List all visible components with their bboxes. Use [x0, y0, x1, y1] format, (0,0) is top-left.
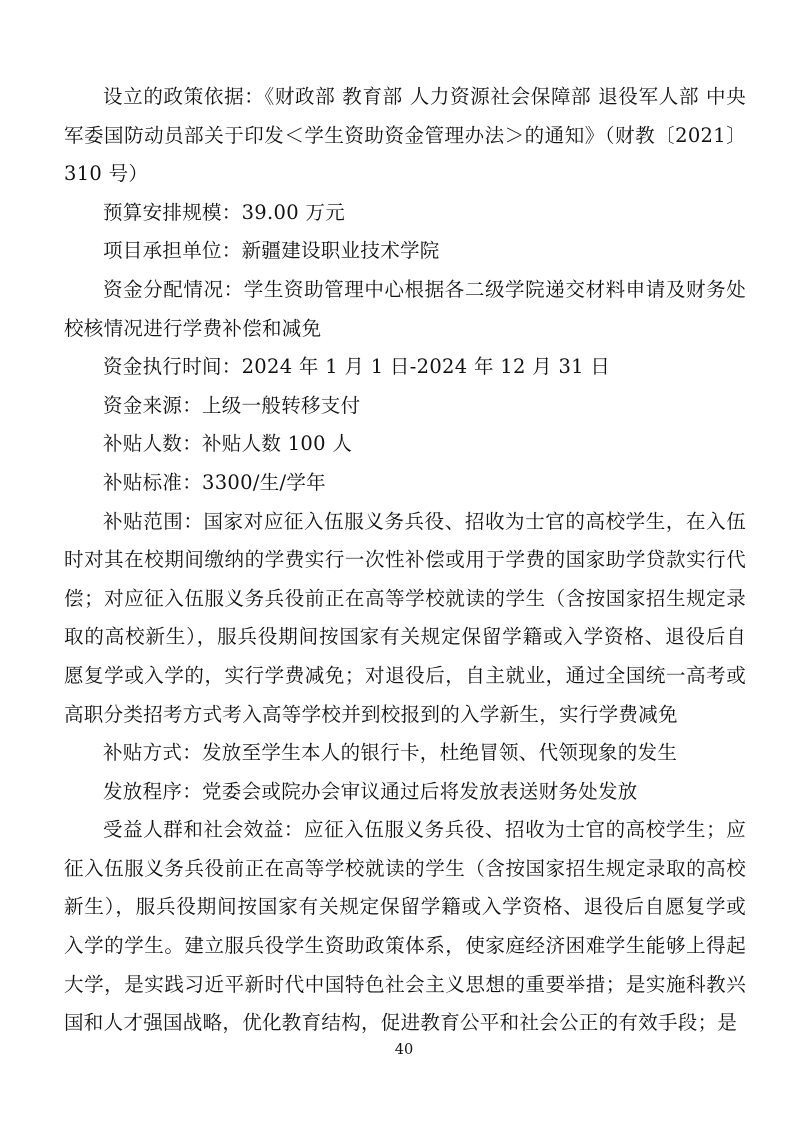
document-body: 设立的政策依据：《财政部 教育部 人力资源社会保障部 退役军人部 中央军委国防动… — [64, 78, 746, 1043]
paragraph-subsidy-method: 补贴方式：发放至学生本人的银行卡，杜绝冒领、代领现象的发生 — [64, 734, 746, 773]
paragraph-subsidy-count: 补贴人数：补贴人数 100 人 — [64, 425, 746, 464]
paragraph-undertaking-unit: 项目承担单位：新疆建设职业技术学院 — [64, 232, 746, 271]
paragraph-subsidy-standard: 补贴标准：3300/生/学年 — [64, 464, 746, 503]
paragraph-budget-scale: 预算安排规模：39.00 万元 — [64, 194, 746, 233]
paragraph-subsidy-scope: 补贴范围：国家对应征入伍服义务兵役、招收为士官的高校学生，在入伍时对其在校期间缴… — [64, 503, 746, 735]
page-number: 40 — [0, 1042, 808, 1058]
paragraph-policy-basis: 设立的政策依据：《财政部 教育部 人力资源社会保障部 退役军人部 中央军委国防动… — [64, 78, 746, 194]
document-page: 设立的政策依据：《财政部 教育部 人力资源社会保障部 退役军人部 中央军委国防动… — [0, 0, 808, 1143]
paragraph-fund-allocation: 资金分配情况：学生资助管理中心根据各二级学院递交材料申请及财务处校核情况进行学费… — [64, 271, 746, 348]
paragraph-fund-source: 资金来源：上级一般转移支付 — [64, 387, 746, 426]
paragraph-disbursement-procedure: 发放程序：党委会或院办会审议通过后将发放表送财务处发放 — [64, 773, 746, 812]
paragraph-execution-period: 资金执行时间：2024 年 1 月 1 日-2024 年 12 月 31 日 — [64, 348, 746, 387]
paragraph-beneficiaries-social-benefit: 受益人群和社会效益：应征入伍服义务兵役、招收为士官的高校学生；应征入伍服义务兵役… — [64, 811, 746, 1043]
